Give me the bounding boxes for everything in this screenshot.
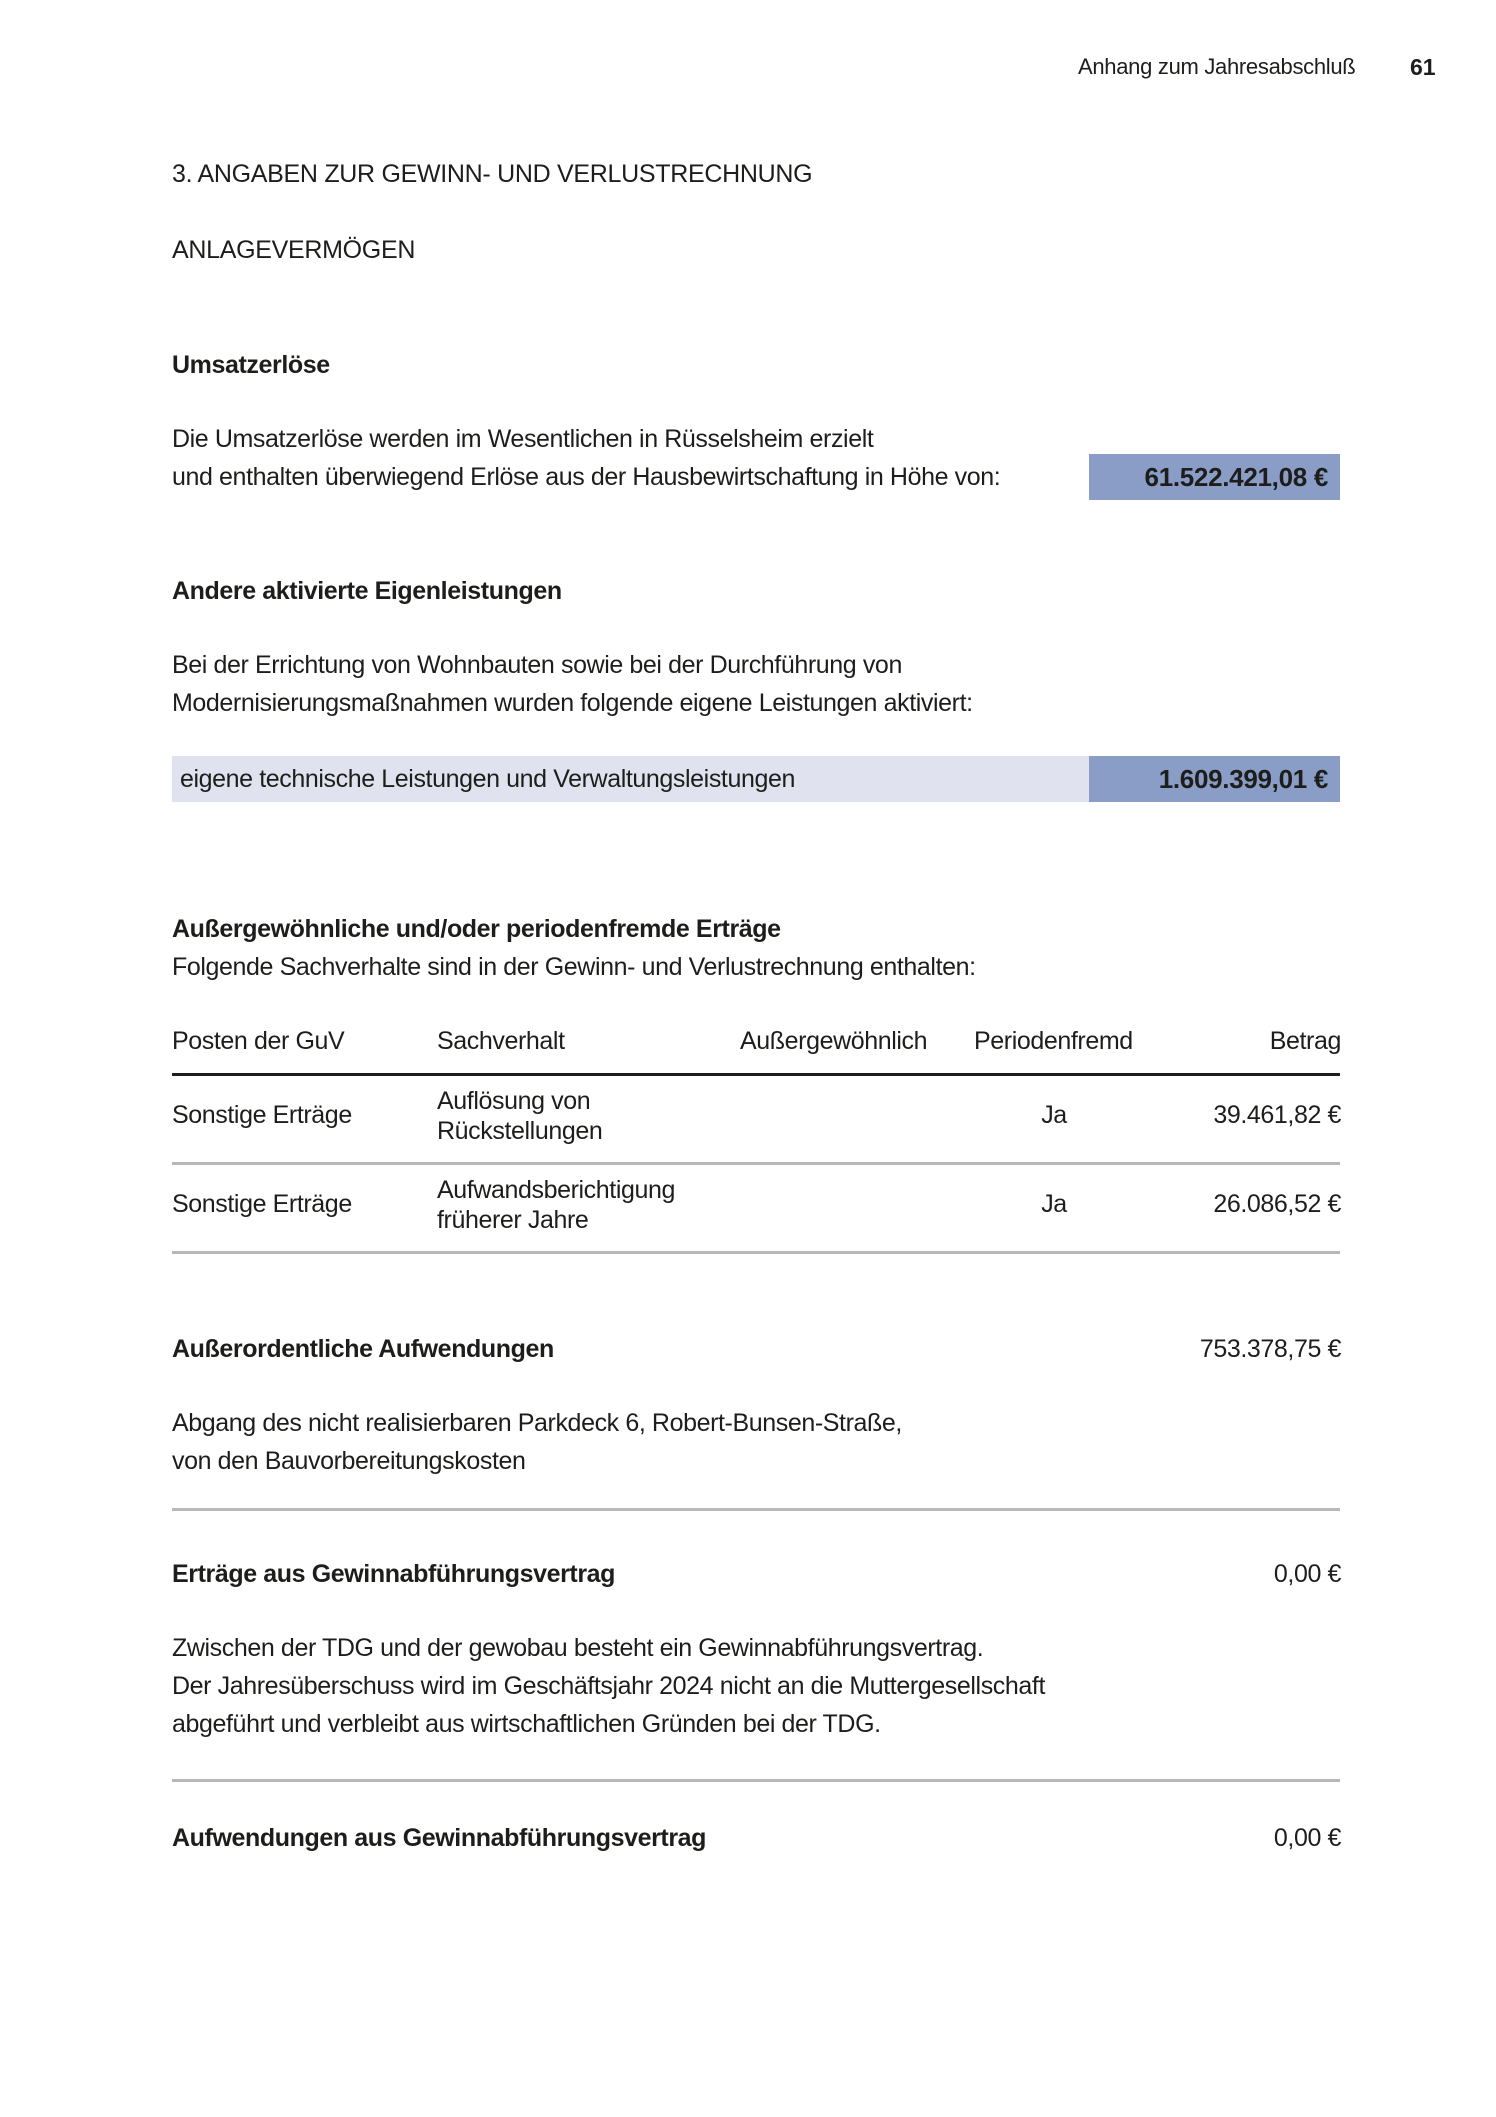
column-header-aussergewoehnlich: Außergewöhnlich bbox=[740, 1026, 927, 1056]
cell-sachverhalt-line1: Auflösung von bbox=[437, 1086, 590, 1116]
table-row-divider bbox=[172, 1162, 1340, 1165]
eigenleistungen-text-line2: Modernisierungsmaßnahmen wurden folgende… bbox=[172, 684, 973, 722]
column-header-sachverhalt: Sachverhalt bbox=[437, 1026, 565, 1056]
ertraege-gav-text-line3: abgeführt und verbleibt aus wirtschaftli… bbox=[172, 1705, 881, 1743]
umsatzerloese-text-line1: Die Umsatzerlöse werden im Wesentlichen … bbox=[172, 420, 873, 458]
cell-betrag: 26.086,52 € bbox=[1213, 1189, 1341, 1219]
table-header-rule bbox=[172, 1073, 1340, 1076]
ertraege-gav-text-line2: Der Jahresüberschuss wird im Geschäftsja… bbox=[172, 1667, 1045, 1705]
ausserordentliche-aufwendungen-title: Außerordentliche Aufwendungen bbox=[172, 1330, 554, 1368]
aufwendungen-gav-title: Aufwendungen aus Gewinnabführungsvertrag bbox=[172, 1819, 706, 1857]
column-header-posten: Posten der GuV bbox=[172, 1026, 344, 1056]
ertraege-gav-amount: 0,00 € bbox=[1274, 1555, 1341, 1593]
cell-periodenfremd: Ja bbox=[974, 1100, 1134, 1130]
running-title: Anhang zum Jahresabschluß bbox=[1078, 54, 1355, 80]
ausserordentliche-aufwendungen-text-line1: Abgang des nicht realisierbaren Parkdeck… bbox=[172, 1404, 902, 1442]
cell-betrag: 39.461,82 € bbox=[1213, 1100, 1341, 1130]
column-header-betrag: Betrag bbox=[1270, 1026, 1341, 1056]
section-divider bbox=[172, 1508, 1340, 1511]
table-bottom-rule bbox=[172, 1251, 1340, 1254]
ausserordentliche-aufwendungen-text-line2: von den Bauvorbereitungskosten bbox=[172, 1442, 526, 1480]
column-header-periodenfremd: Periodenfremd bbox=[974, 1026, 1133, 1056]
eigenleistungen-item-label: eigene technische Leistungen und Verwalt… bbox=[172, 756, 1089, 802]
page-number: 61 bbox=[1410, 54, 1436, 81]
cell-sachverhalt-line2: früherer Jahre bbox=[437, 1205, 588, 1235]
ertraege-title: Außergewöhnliche und/oder periodenfremde… bbox=[172, 910, 781, 948]
aufwendungen-gav-amount: 0,00 € bbox=[1274, 1819, 1341, 1857]
cell-sachverhalt-line1: Aufwandsberichtigung bbox=[437, 1175, 675, 1205]
ausserordentliche-aufwendungen-amount: 753.378,75 € bbox=[1200, 1330, 1341, 1368]
section-divider bbox=[172, 1779, 1340, 1782]
section-subheading: ANLAGEVERMÖGEN bbox=[172, 236, 415, 265]
section-heading: 3. ANGABEN ZUR GEWINN- UND VERLUSTRECHNU… bbox=[172, 160, 812, 189]
ertraege-subtitle: Folgende Sachverhalte sind in der Gewinn… bbox=[172, 948, 976, 986]
eigenleistungen-item-amount: 1.609.399,01 € bbox=[1089, 756, 1340, 802]
umsatzerloese-amount: 61.522.421,08 € bbox=[1089, 454, 1340, 500]
cell-posten: Sonstige Erträge bbox=[172, 1100, 352, 1130]
cell-posten: Sonstige Erträge bbox=[172, 1189, 352, 1219]
ertraege-gav-title: Erträge aus Gewinnabführungsvertrag bbox=[172, 1555, 615, 1593]
umsatzerloese-text-line2: und enthalten überwiegend Erlöse aus der… bbox=[172, 458, 1000, 496]
eigenleistungen-title: Andere aktivierte Eigenleistungen bbox=[172, 572, 562, 610]
cell-periodenfremd: Ja bbox=[974, 1189, 1134, 1219]
cell-sachverhalt-line2: Rückstellungen bbox=[437, 1116, 602, 1146]
umsatzerloese-title: Umsatzerlöse bbox=[172, 346, 330, 384]
eigenleistungen-text-line1: Bei der Errichtung von Wohnbauten sowie … bbox=[172, 646, 902, 684]
ertraege-gav-text-line1: Zwischen der TDG und der gewobau besteht… bbox=[172, 1629, 983, 1667]
